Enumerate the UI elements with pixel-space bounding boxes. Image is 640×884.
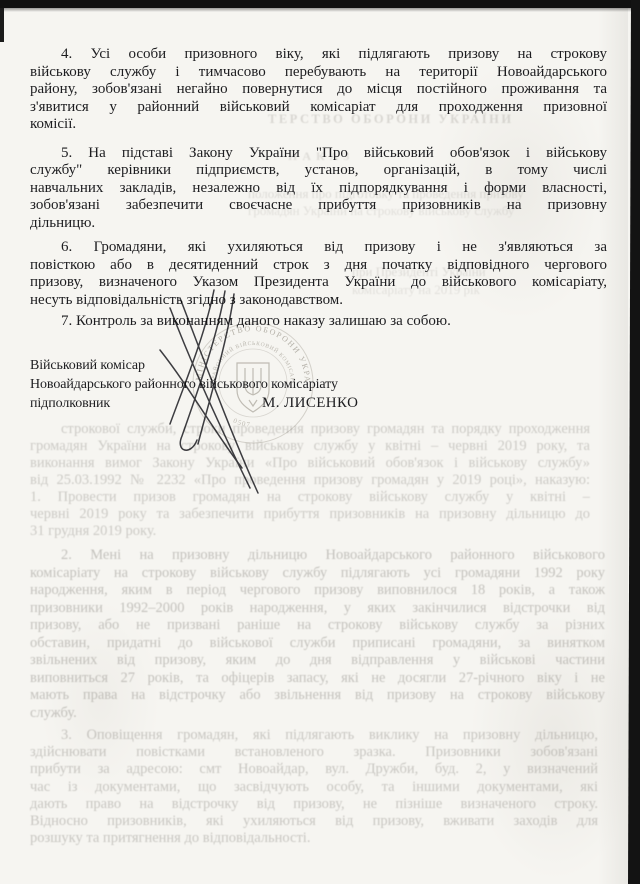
paragraph-5: 5. На підставі Закону України "Про війсь…: [30, 145, 607, 233]
signer-rank: підполковник: [30, 396, 110, 411]
scanned-document-page: ТЕРСТВО ОБОРОНИ УКРАЇНИ НАКАЗ положення …: [0, 0, 640, 884]
bleedthrough-paragraph-3: 3. Оповіщення громадян, які підлягають в…: [30, 727, 598, 847]
scanner-edge-right: [627, 0, 640, 884]
document-body: 4. Усі особи призовного віку, які підляг…: [30, 46, 607, 331]
bleedthrough-paragraph-2: 2. Мені на призовну дільницю Новоайдарсь…: [30, 547, 605, 722]
handwritten-signature: [145, 283, 315, 503]
paragraph-4: 4. Усі особи призовного віку, які підляг…: [30, 46, 607, 134]
scanner-edge-top: [0, 0, 640, 8]
paragraph-6: 6. Громадяни, які ухиляються від призову…: [30, 239, 607, 309]
scanner-edge-left: [0, 8, 4, 42]
scanner-edge-top-fade: [0, 8, 640, 12]
